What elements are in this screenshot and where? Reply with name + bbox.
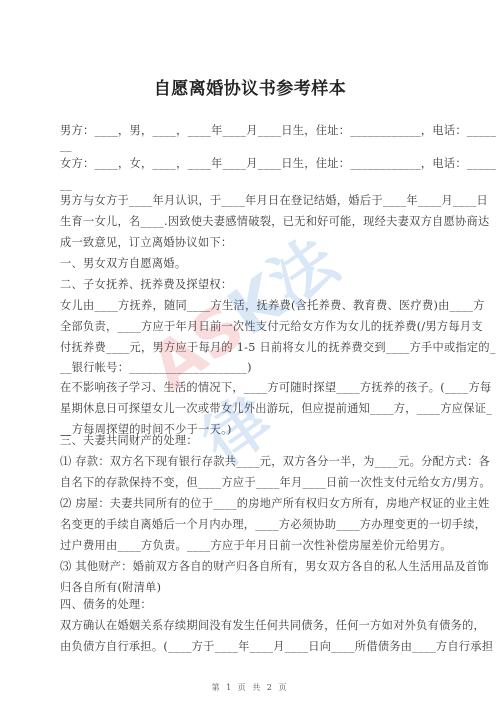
section-4-para-1: 双方确认在婚姻关系存续期间没有发生任何共同债务，任何一方如对外负有债务的，: [60, 619, 440, 633]
section-2-para-6: 星期休息日可探望女儿一次或带女儿外出游玩，但应提前通知____方，____方应保…: [60, 402, 440, 416]
intro-line-1: 男方与女方于____年月认识，于____年月日在登记结婚，婚后于____年___…: [60, 194, 440, 208]
intro-line-2: 生育一女儿，名____.因致使夫妻感情破裂，已无和好可能，现经夫妻双方自愿协商达: [60, 215, 440, 229]
female-info-cont-line: __: [60, 178, 440, 192]
section-3-para-2: 自名下的存款保持不变，但____方应于____年月____日前一次性支付元给女方…: [60, 476, 440, 490]
page-footer: 第 1 页 共 2 页: [0, 682, 500, 693]
section-3-para-6: ⑶ 其他财产：婚前双方各自的财产归各自所有，男女双方各自的私人生活用品及首饰: [60, 560, 440, 574]
section-3-para-5: 过户费用由____方负责。____方应于年月日前一次性补偿房屋差价元给男方。: [60, 539, 440, 553]
document-page: 自愿离婚协议书参考样本 男方：____，男，____，____年____月___…: [0, 0, 500, 706]
document-title: 自愿离婚协议书参考样本: [0, 74, 500, 99]
section-2-para-2: 全部负责，____方应于年月日前一次性支付元给女方作为女儿的抚养费(/男方每月支: [60, 320, 440, 334]
section-3-para-4: 名变更的手续自离婚后一个月内办理，____方必须协助____方办理变更的一切手续…: [60, 518, 440, 532]
section-2-para-4: __银行帐号：____________________): [60, 361, 440, 375]
section-1-heading: 一、男女双方自愿离婚。: [60, 257, 440, 271]
section-2-para-3: 付抚养费____元，男方应于每月的 1-5 日前将女儿的抚养费交到____方手中…: [60, 341, 440, 355]
section-4-para-2: 由负债方自行承担。(____方于____年____月____日向____所借债务…: [60, 640, 440, 654]
intro-line-3: 成一致意见，订立离婚协议如下：: [60, 236, 440, 250]
male-info-line: 男方：____，男，____，____年____月____日生，住址：_____…: [60, 124, 440, 138]
section-2-para-1: 女儿由____方抚养，随同____方生活，抚养费(含托养费、教育费、医疗费)由_…: [60, 299, 440, 313]
section-2-para-5: 在不影响孩子学习、生活的情况下，____方可随时探望____方抚养的孩子。(__…: [60, 381, 440, 395]
section-3-para-1: ⑴ 存款：双方名下现有银行存款共____元，双方各分一半，为____元。分配方式…: [60, 455, 440, 469]
female-info-line: 女方：____，女，____，____年____月____日生，住址：_____…: [60, 157, 440, 171]
male-info-cont-line: __: [60, 139, 440, 153]
section-3-para-7: 归各自所有(附清单): [60, 581, 440, 595]
section-2-heading: 二、子女抚养、抚养费及探望权：: [60, 278, 440, 292]
section-3-para-3: ⑵ 房屋：夫妻共同所有的位于____的房地产所有权归女方所有，房地产权证的业主姓: [60, 497, 440, 511]
section-4-heading: 四、债务的处理：: [60, 598, 440, 612]
section-3-heading: 三、夫妻共同财产的处理：: [60, 434, 440, 448]
